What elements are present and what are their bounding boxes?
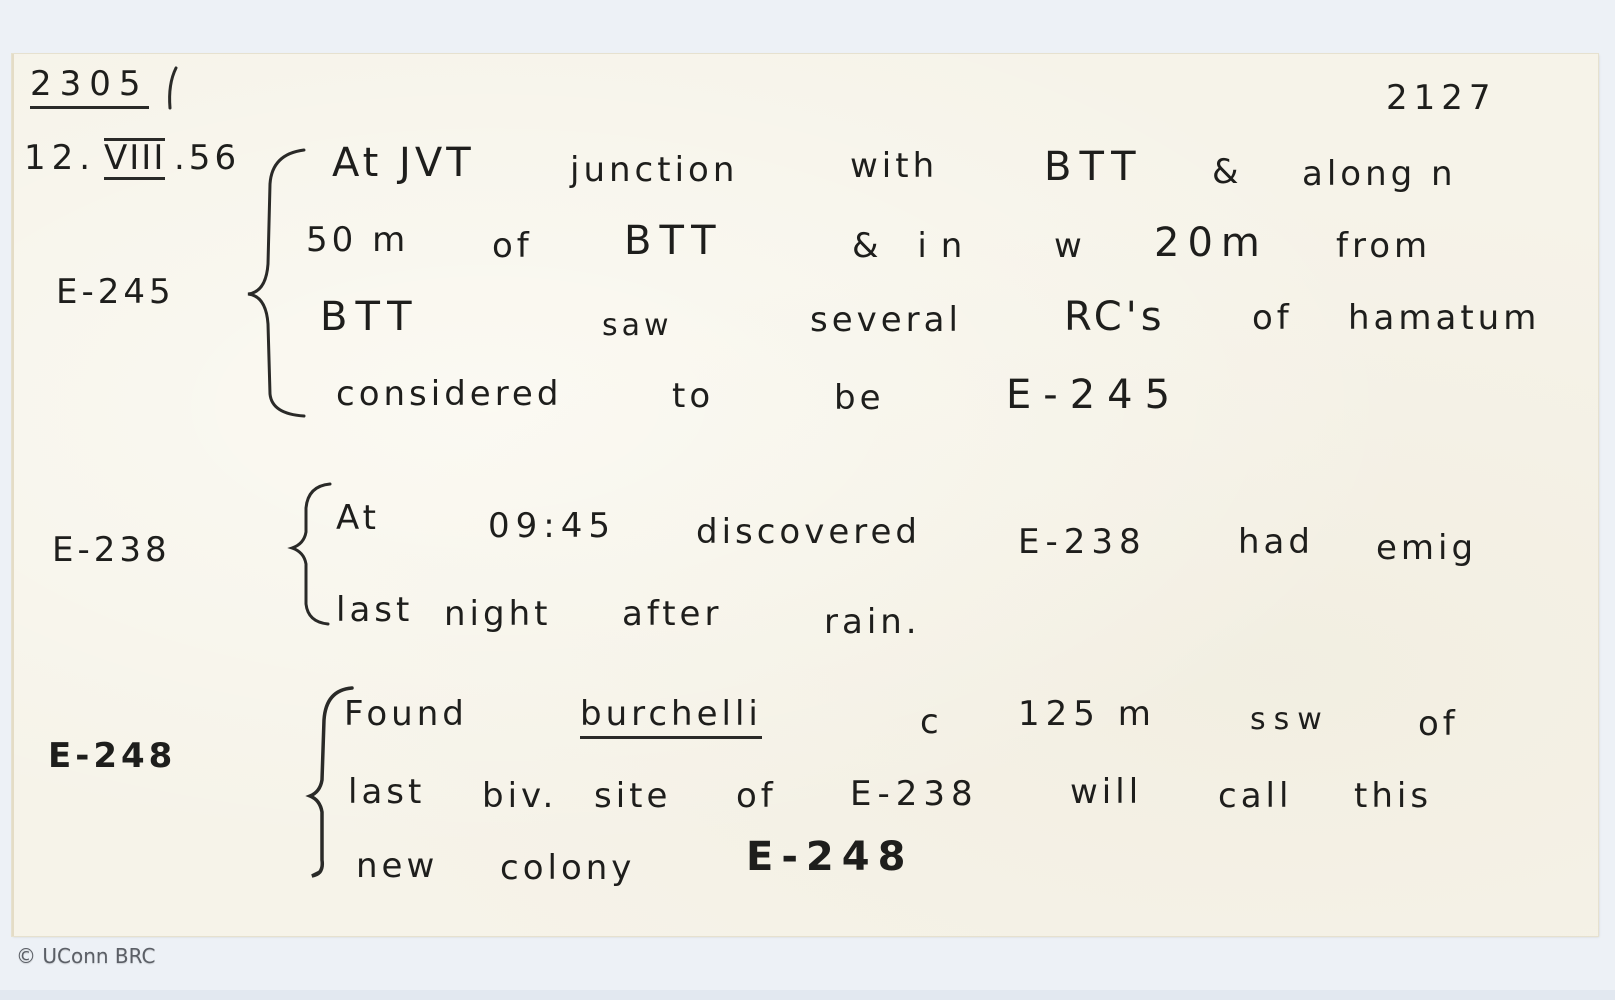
entry-word: junction [570,150,738,190]
entry-word: of [736,776,777,816]
entry-word: & [1212,152,1243,192]
entry-word: rain. [824,602,921,642]
entry-word: hamatum [1348,298,1540,338]
entry-word: 125 m [1018,694,1157,734]
viewer-bottom-strip [0,990,1615,1000]
brace-icon [242,144,312,424]
entry-word: call [1218,776,1292,816]
catalog-mark-icon [154,64,184,114]
entry-word: c [920,702,943,742]
entry-word: had [1238,522,1314,562]
entry-word: along n [1302,154,1457,194]
entry-word: last [348,772,425,812]
entry-word: BTT [1044,144,1144,190]
entry-word: At JVT [332,140,475,186]
entry-word: At [336,498,380,538]
entry-word: RC's [1064,294,1166,340]
entry-word: from [1336,226,1431,266]
date-day: 12. [24,138,96,178]
entry-word: saw [602,308,673,343]
entry-word: after [622,594,722,634]
entry-word: E-248 [746,834,913,880]
entry-word: new [356,846,438,886]
entry-word: considered [336,374,562,414]
card-number: 2127 [1386,78,1497,118]
entry-word: to [672,376,714,416]
entry-word: 20m [1154,220,1268,266]
entry-word: with [850,146,938,186]
entry-word-underlined: burchelli [580,694,762,739]
entry-word: be [834,378,885,418]
entry-word: 50 m [306,220,409,260]
catalog-number: 2305 [30,64,149,109]
copyright-caption: © UConn BRC [16,944,156,968]
field-note-card: 2305 2127 12. VIII .56 E-245 At JVT junc… [12,54,1598,936]
entry-word: discovered [696,512,921,552]
entry-word: & in [852,226,976,266]
entry-word: of [1252,298,1293,338]
entry-word: E-238 [1018,522,1147,562]
entry-word: this [1354,776,1432,816]
entry-label-e238: E-238 [52,530,171,570]
entry-word: last [336,590,413,630]
entry-word: site [594,776,671,816]
brace-icon [276,478,336,638]
entry-word: w [1054,226,1086,266]
entry-word: several [810,300,962,340]
entry-label-e248: E-248 [48,736,176,776]
entry-word: Found [344,694,468,734]
entry-word: E-245 [1006,372,1182,418]
date-month: VIII [104,138,165,180]
entry-word: emig [1376,528,1477,568]
date-year: .56 [174,138,240,178]
entry-word: biv. [482,776,557,816]
entry-word: ssw [1250,702,1330,737]
image-viewer: 2305 2127 12. VIII .56 E-245 At JVT junc… [0,0,1615,1000]
entry-word: colony [500,848,635,888]
entry-word: of [492,226,533,266]
entry-word: E-238 [850,774,979,814]
entry-word: of [1418,704,1459,744]
entry-word: 09:45 [488,506,616,546]
entry-word: night [444,594,551,634]
entry-word: will [1070,772,1142,812]
entry-word: BTT [320,294,420,340]
entry-word: BTT [624,218,724,264]
entry-label-e245: E-245 [56,272,175,312]
